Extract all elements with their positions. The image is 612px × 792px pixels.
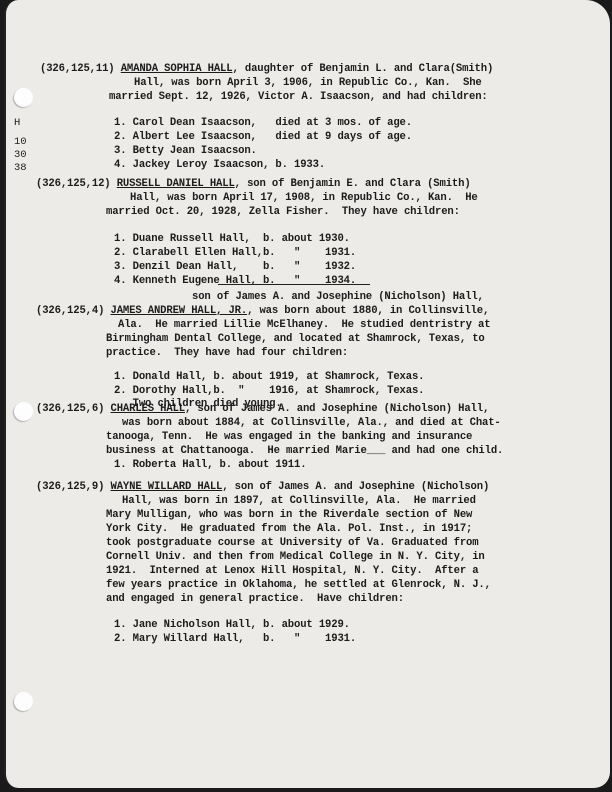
entry-line: Hall, was born in 1897, at Collinsville,… xyxy=(122,494,476,508)
entry-line: and engaged in general practice. Have ch… xyxy=(106,592,404,606)
child-item: 3. Denzil Dean Hall, b. " 1932. xyxy=(114,260,356,274)
document-page: H 10 30 38 (326,125,11) AMANDA SOPHIA HA… xyxy=(4,0,610,788)
punch-hole xyxy=(14,692,33,711)
child-item: 2. Albert Lee Isaacson, died at 9 days o… xyxy=(114,130,412,144)
entry-heading: (326,125,9) WAYNE WILLARD HALL, son of J… xyxy=(36,480,489,494)
entry-line: married Oct. 20, 1928, Zella Fisher. The… xyxy=(106,205,460,219)
entry-line: Hall, was born April 17, 1908, in Republ… xyxy=(130,191,478,205)
margin-note: 38 xyxy=(14,162,27,175)
entry-line: took postgraduate course at University o… xyxy=(106,536,478,550)
entry-heading: (326,125,11) AMANDA SOPHIA HALL, daughte… xyxy=(40,62,493,76)
person-name: WAYNE WILLARD HALL xyxy=(111,481,223,493)
person-name: CHARLES HALL xyxy=(111,403,186,415)
child-item: 1. Donald Hall, b. about 1919, at Shamro… xyxy=(114,370,424,384)
child-item: 1. Jane Nicholson Hall, b. about 1929. xyxy=(114,618,350,632)
entry-heading: (326,125,12) RUSSELL DANIEL HALL, son of… xyxy=(36,177,471,191)
entry-line: York City. He graduated from the Ala. Po… xyxy=(106,522,472,536)
entry-line: married Sept. 12, 1926, Victor A. Isaacs… xyxy=(109,90,488,104)
margin-note: 10 xyxy=(14,136,27,149)
person-name: JAMES ANDREW HALL, JR. xyxy=(111,305,248,317)
entry-heading: (326,125,6) CHARLES HALL, son of James A… xyxy=(36,402,489,416)
entry-line: tanooga, Tenn. He was engaged in the ban… xyxy=(106,430,472,444)
person-name: AMANDA SOPHIA HALL xyxy=(121,63,233,75)
entry-heading: (326,125,4) JAMES ANDREW HALL, JR., was … xyxy=(36,304,489,318)
entry-line: practice. They have had four children: xyxy=(106,346,348,360)
child-item: 1. Roberta Hall, b. about 1911. xyxy=(114,458,306,472)
child-item: 2. Clarabell Ellen Hall,b. " 1931. xyxy=(114,246,356,260)
punch-hole xyxy=(14,88,33,107)
entry-line: Hall, was born April 3, 1906, in Republi… xyxy=(134,76,482,90)
entry-line: was born about 1884, at Collinsville, Al… xyxy=(122,416,501,430)
entry-line: 1921. Interned at Lenox Hill Hospital, N… xyxy=(106,564,478,578)
child-item: 1. Duane Russell Hall, b. about 1930. xyxy=(114,232,350,246)
child-item: 1. Carol Dean Isaacson, died at 3 mos. o… xyxy=(114,116,412,130)
punch-hole xyxy=(14,402,33,421)
child-item: 4. Kenneth Eugene Hall, b. " 1934. xyxy=(114,274,356,288)
person-name: RUSSELL DANIEL HALL xyxy=(117,178,235,190)
entry-line: business at Chattanooga. He married Mari… xyxy=(106,444,503,458)
margin-note: 30 xyxy=(14,149,27,162)
margin-note: H xyxy=(14,117,20,130)
child-item: 4. Jackey Leroy Isaacson, b. 1933. xyxy=(114,158,325,172)
entry-line: Mary Mulligan, who was born in the River… xyxy=(106,508,472,522)
entry-line: Birmingham Dental College, and located a… xyxy=(106,332,485,346)
entry-line: Cornell Univ. and then from Medical Coll… xyxy=(106,550,485,564)
child-item: 3. Betty Jean Isaacson. xyxy=(114,144,257,158)
entry-line: few years practice in Oklahoma, he settl… xyxy=(106,578,491,592)
child-item: 2. Dorothy Hall,b. " 1916, at Shamrock, … xyxy=(114,384,424,398)
entry-line: Ala. He married Lillie McElhaney. He stu… xyxy=(118,318,490,332)
inserted-text: son of James A. and Josephine (Nicholson… xyxy=(192,290,484,304)
divider-rule xyxy=(218,284,370,285)
child-item: 2. Mary Willard Hall, b. " 1931. xyxy=(114,632,356,646)
